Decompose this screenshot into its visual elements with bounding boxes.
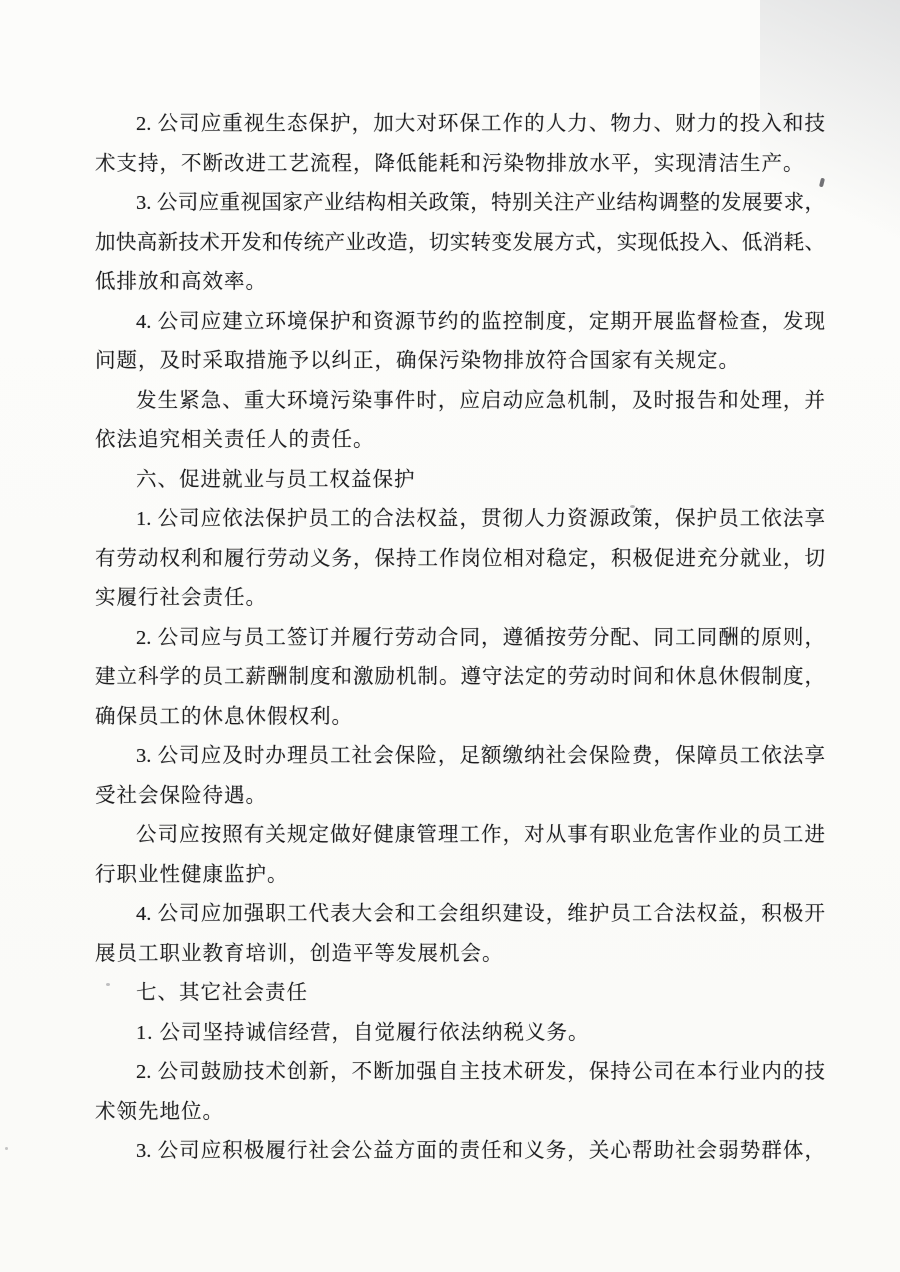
text-line: 展员工职业教育培训，创造平等发展机会。 xyxy=(95,935,825,975)
text-line: 4. 公司应加强职工代表大会和工会组织建设，维护员工合法权益，积极开 xyxy=(95,895,825,935)
paper-background: 2. 公司应重视生态保护，加大对环保工作的人力、物力、财力的投入和技术支持，不断… xyxy=(0,0,900,1272)
scanned-page: { "page": { "background_color": "#fbfbf9… xyxy=(0,0,900,1272)
text-line: 3. 公司应重视国家产业结构相关政策，特别关注产业结构调整的发展要求， xyxy=(95,184,825,224)
text-line: 依法追究相关责任人的责任。 xyxy=(95,421,825,461)
text-line: 4. 公司应建立环境保护和资源节约的监控制度，定期开展监督检查，发现 xyxy=(95,303,825,343)
text-line: 有劳动权利和履行劳动义务，保持工作岗位相对稳定，积极促进充分就业，切 xyxy=(95,540,825,580)
text-line: 2. 公司应重视生态保护，加大对环保工作的人力、物力、财力的投入和技 xyxy=(95,105,825,145)
text-line: 实履行社会责任。 xyxy=(95,579,825,619)
text-line: 受社会保险待遇。 xyxy=(95,777,825,817)
text-line: 加快高新技术开发和传统产业改造，切实转变发展方式，实现低投入、低消耗、 xyxy=(95,224,825,264)
text-line: 问题，及时采取措施予以纠正，确保污染物排放符合国家有关规定。 xyxy=(95,342,825,382)
text-line: 发生紧急、重大环境污染事件时，应启动应急机制，及时报告和处理，并 xyxy=(95,382,825,422)
text-line: 2. 公司鼓励技术创新，不断加强自主技术研发，保持公司在本行业内的技 xyxy=(95,1053,825,1093)
text-line: 行职业性健康监护。 xyxy=(95,856,825,896)
text-line: 确保员工的休息休假权利。 xyxy=(95,698,825,738)
text-line: 低排放和高效率。 xyxy=(95,263,825,303)
text-line: 建立科学的员工薪酬制度和激励机制。遵守法定的劳动时间和休息休假制度， xyxy=(95,658,825,698)
text-line: 3. 公司应积极履行社会公益方面的责任和义务，关心帮助社会弱势群体， xyxy=(95,1132,825,1172)
text-line: 术领先地位。 xyxy=(95,1093,825,1133)
text-line: 公司应按照有关规定做好健康管理工作，对从事有职业危害作业的员工进 xyxy=(95,816,825,856)
scan-artifact xyxy=(5,1147,8,1150)
text-line: 2. 公司应与员工签订并履行劳动合同，遵循按劳分配、同工同酬的原则， xyxy=(95,619,825,659)
document-body: 2. 公司应重视生态保护，加大对环保工作的人力、物力、财力的投入和技术支持，不断… xyxy=(95,105,825,1172)
text-line: 术支持，不断改进工艺流程，降低能耗和污染物排放水平，实现清洁生产。 xyxy=(95,145,825,185)
text-line: 1. 公司应依法保护员工的合法权益，贯彻人力资源政策，保护员工依法享 xyxy=(95,500,825,540)
text-line: 3. 公司应及时办理员工社会保险，足额缴纳社会保险费，保障员工依法享 xyxy=(95,737,825,777)
section-heading: 六、促进就业与员工权益保护 xyxy=(95,461,825,501)
text-line: 1. 公司坚持诚信经营，自觉履行依法纳税义务。 xyxy=(95,1014,825,1054)
section-heading: 七、其它社会责任 xyxy=(95,974,825,1014)
